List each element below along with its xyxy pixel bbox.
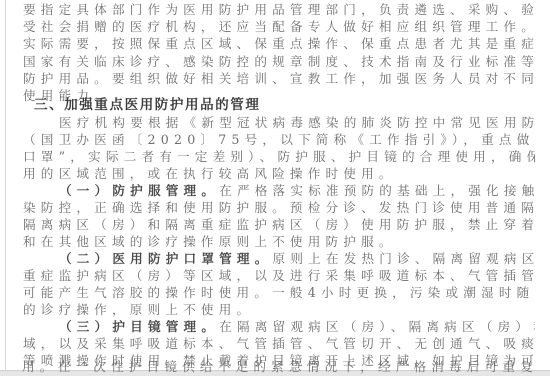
item1-text: 在严格落实标准预防的基础上，强化接触传播、飞沫传播和空气传播的感 bbox=[219, 183, 535, 198]
paragraph-line: 国家有关临床诊疗、感染防控的规章制度、技术指南及行业标准等，指导本机构内各岗位合… bbox=[23, 53, 535, 70]
item3-title: （三）护目镜管理。 bbox=[59, 319, 219, 334]
item1-title: （一）防护服管理。 bbox=[59, 183, 219, 198]
item3-text: 在隔离留观病区（房）、隔离病区（房）和隔离重症监护病区（房）等区 bbox=[219, 319, 535, 334]
paragraph-line: 受社会捐赠的医疗机构，还应当配备专人做好相应组织管理工作。各种防护用品的管理要结… bbox=[23, 18, 535, 35]
paragraph-line: 用的区域范围，或在执行较高风险操作时使用。 bbox=[23, 165, 535, 182]
item2-first-line: （二）医用防护口罩管理。原则上在发热门诊、隔离留观病区（房）、隔离病区（房）和隔… bbox=[59, 250, 535, 267]
paragraph-line: 域，以及采集呼吸道标本、气管插管、气管切开、无创通气、吸痰等可能出现血液、体液和… bbox=[23, 335, 535, 352]
paragraph-line: 要指定具体部门作为医用防护用品管理部门，负责遴选、采购、验收、存储、发放等管理工… bbox=[23, 1, 535, 18]
item1-first-line: （一）防护服管理。在严格落实标准预防的基础上，强化接触传播、飞沫传播和空气传播的… bbox=[59, 182, 535, 199]
paragraph-line: 可能产生气溶胶的操作时使用。一般4小时更换，污染或潮湿时随时更换。其他区域和在其… bbox=[23, 284, 535, 301]
paragraph-line: 重症监护病区（房）等区域，以及进行采集呼吸道标本、气管插管、气管切开、无创通气、… bbox=[23, 267, 535, 284]
paragraph-line: （国卫办医函〔2020〕75号，以下简称《工作指引》），重点做好医用防护口罩（常… bbox=[23, 131, 535, 148]
paragraph-line: 口罩”，实际二者有一定差别）、防护服、护目镜的合理使用，确保将这些供应紧张的物资… bbox=[23, 148, 535, 165]
paragraph-line: 和在其他区域的诊疗操作原则上不使用防护服。 bbox=[23, 233, 535, 250]
paragraph-line: 隔离病区（房）和隔离重症监护病区（房）使用防护服，禁止穿着防护服离开上述区域。其… bbox=[23, 216, 535, 233]
paragraph-line: 防护用品。要组织做好相关培训、宣教工作，加强医务人员对不同种类防护用品的正确认识… bbox=[23, 70, 535, 87]
item2-title: （二）医用防护口罩管理。 bbox=[59, 251, 273, 266]
paragraph-line: 实际需要，按照保重点区域、保重点操作、保重点患者尤其是重症和危重症病例的原则，严… bbox=[23, 35, 535, 52]
item2-text: 原则上在发热门诊、隔离留观病区（房）、隔离病区（房）和隔离 bbox=[273, 251, 535, 266]
item3-first-line: （三）护目镜管理。在隔离留观病区（房）、隔离病区（房）和隔离重症监护病区（房）等… bbox=[59, 318, 535, 335]
document-page: 要指定具体部门作为医用防护用品管理部门，负责遴选、采购、验收、存储、发放等管理工… bbox=[5, 0, 550, 370]
section-heading: 三、加强重点医用防护用品的管理 bbox=[34, 97, 546, 114]
paragraph-line: 医疗机构要根据《新型冠状病毒感染的肺炎防控中常见医用防护用品使用范围指引（试行）… bbox=[59, 114, 535, 131]
paragraph-line: 用。在一次性护目镜供给不足的紧急情况下，经严格消毒后可重复使用。其他区域和在其他… bbox=[22, 358, 534, 375]
paragraph-line: 的诊疗操作，原则上不使用。 bbox=[23, 301, 535, 318]
paragraph-line: 染防控，正确选择和使用防护服。预检分诊、发热门诊使用普通隔离衣，在隔离留观病区（… bbox=[23, 199, 535, 216]
